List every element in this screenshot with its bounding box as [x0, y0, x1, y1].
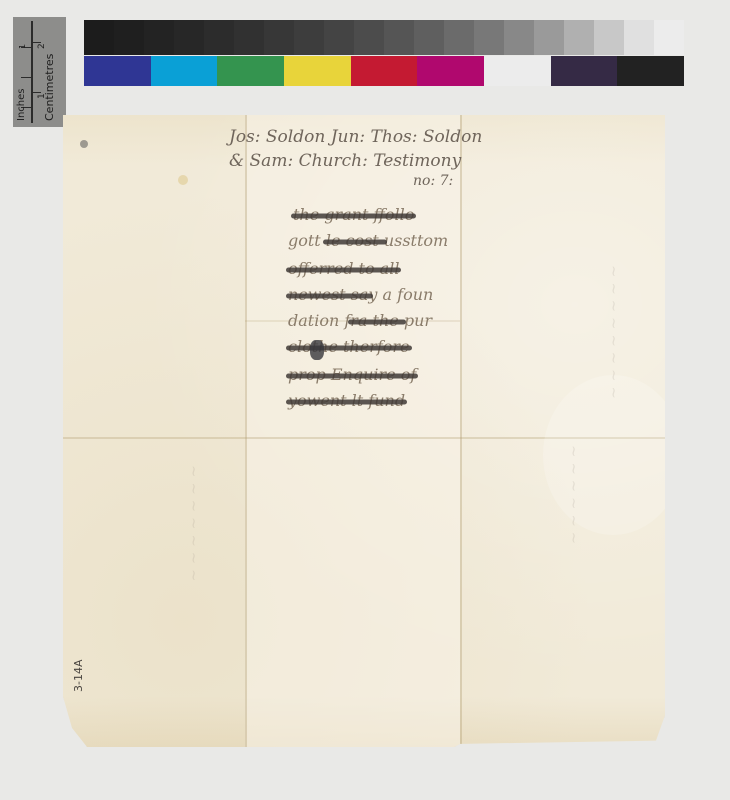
color-patch	[84, 56, 151, 86]
color-patch	[617, 56, 684, 86]
gray-patch	[264, 20, 294, 55]
scale-divider	[31, 21, 33, 123]
gray-patch	[294, 20, 324, 55]
gray-patch	[414, 20, 444, 55]
gray-patch	[654, 20, 684, 55]
endorsement-line-1: Jos: Soldon Jun: Thos: Soldon	[229, 127, 482, 147]
show-through-text: ~ ~ ~ ~ ~ ~ ~ ~	[605, 265, 623, 399]
gray-patch	[384, 20, 414, 55]
gray-patch	[234, 20, 264, 55]
manuscript-page: ~ ~ ~ ~ ~ ~ ~ ~ ~ ~ ~ ~ ~ ~ ~ ~ ~ ~ ~ ~ …	[63, 115, 665, 747]
color-patch	[351, 56, 418, 86]
gray-patch	[594, 20, 624, 55]
gray-patch	[324, 20, 354, 55]
struck-line: the grant ffollo	[293, 205, 414, 224]
gray-patch	[114, 20, 144, 55]
faded-area	[543, 375, 683, 535]
struck-line: clothe therfore	[288, 337, 410, 356]
gray-patch	[84, 20, 114, 55]
struck-line: prop Enquire of	[288, 365, 416, 384]
color-patch	[417, 56, 484, 86]
scale-tick	[21, 77, 31, 78]
struck-line: dation fra the pur	[288, 311, 432, 330]
catalog-number: 3-14A	[72, 660, 85, 693]
show-through-text: ~ ~ ~ ~ ~ ~ ~	[185, 465, 203, 582]
grayscale-calibration-strip	[84, 20, 684, 55]
strikethrough-mark	[286, 373, 418, 378]
struck-line: gott le cost ussttom	[288, 231, 448, 250]
cm-mark-2: 2	[37, 43, 47, 49]
inch-mark: 1	[18, 44, 27, 49]
gray-patch	[354, 20, 384, 55]
strikethrough-mark	[291, 213, 416, 218]
gray-patch	[564, 20, 594, 55]
color-patch	[551, 56, 618, 86]
cm-mark-1: 1	[37, 93, 47, 99]
measurement-scale-bar: Inches Centimetres 1 1 2	[13, 17, 66, 127]
gray-patch	[504, 20, 534, 55]
strikethrough-mark	[286, 293, 373, 298]
centimetres-label: Centimetres	[43, 54, 56, 121]
gray-patch	[624, 20, 654, 55]
inches-label: Inches	[16, 89, 27, 122]
document-number: no: 7:	[413, 173, 453, 189]
strikethrough-mark	[286, 267, 401, 272]
show-through-text: ~ ~ ~ ~ ~ ~	[565, 445, 583, 544]
gray-patch	[444, 20, 474, 55]
strikethrough-mark	[286, 399, 407, 404]
struck-line: offerred to all	[288, 259, 399, 278]
gray-patch	[474, 20, 504, 55]
struck-line: newest say a foun	[288, 285, 433, 304]
fold-line-right	[460, 115, 462, 747]
color-calibration-strip	[84, 56, 684, 86]
color-patch	[217, 56, 284, 86]
ink-blot	[310, 340, 324, 360]
gray-patch	[534, 20, 564, 55]
strikethrough-mark	[323, 239, 387, 244]
strikethrough-mark	[348, 319, 406, 324]
endorsement-line-2: & Sam: Church: Testimony	[229, 151, 461, 171]
strikethrough-mark	[286, 345, 412, 350]
color-patch	[151, 56, 218, 86]
gray-patch	[144, 20, 174, 55]
fold-line-left	[245, 115, 247, 747]
struck-line: yowent lt fund	[288, 391, 405, 410]
stain-spot	[178, 175, 188, 185]
color-patch	[284, 56, 351, 86]
gray-patch	[204, 20, 234, 55]
ink-spot	[80, 140, 88, 148]
color-patch	[484, 56, 551, 86]
gray-patch	[174, 20, 204, 55]
